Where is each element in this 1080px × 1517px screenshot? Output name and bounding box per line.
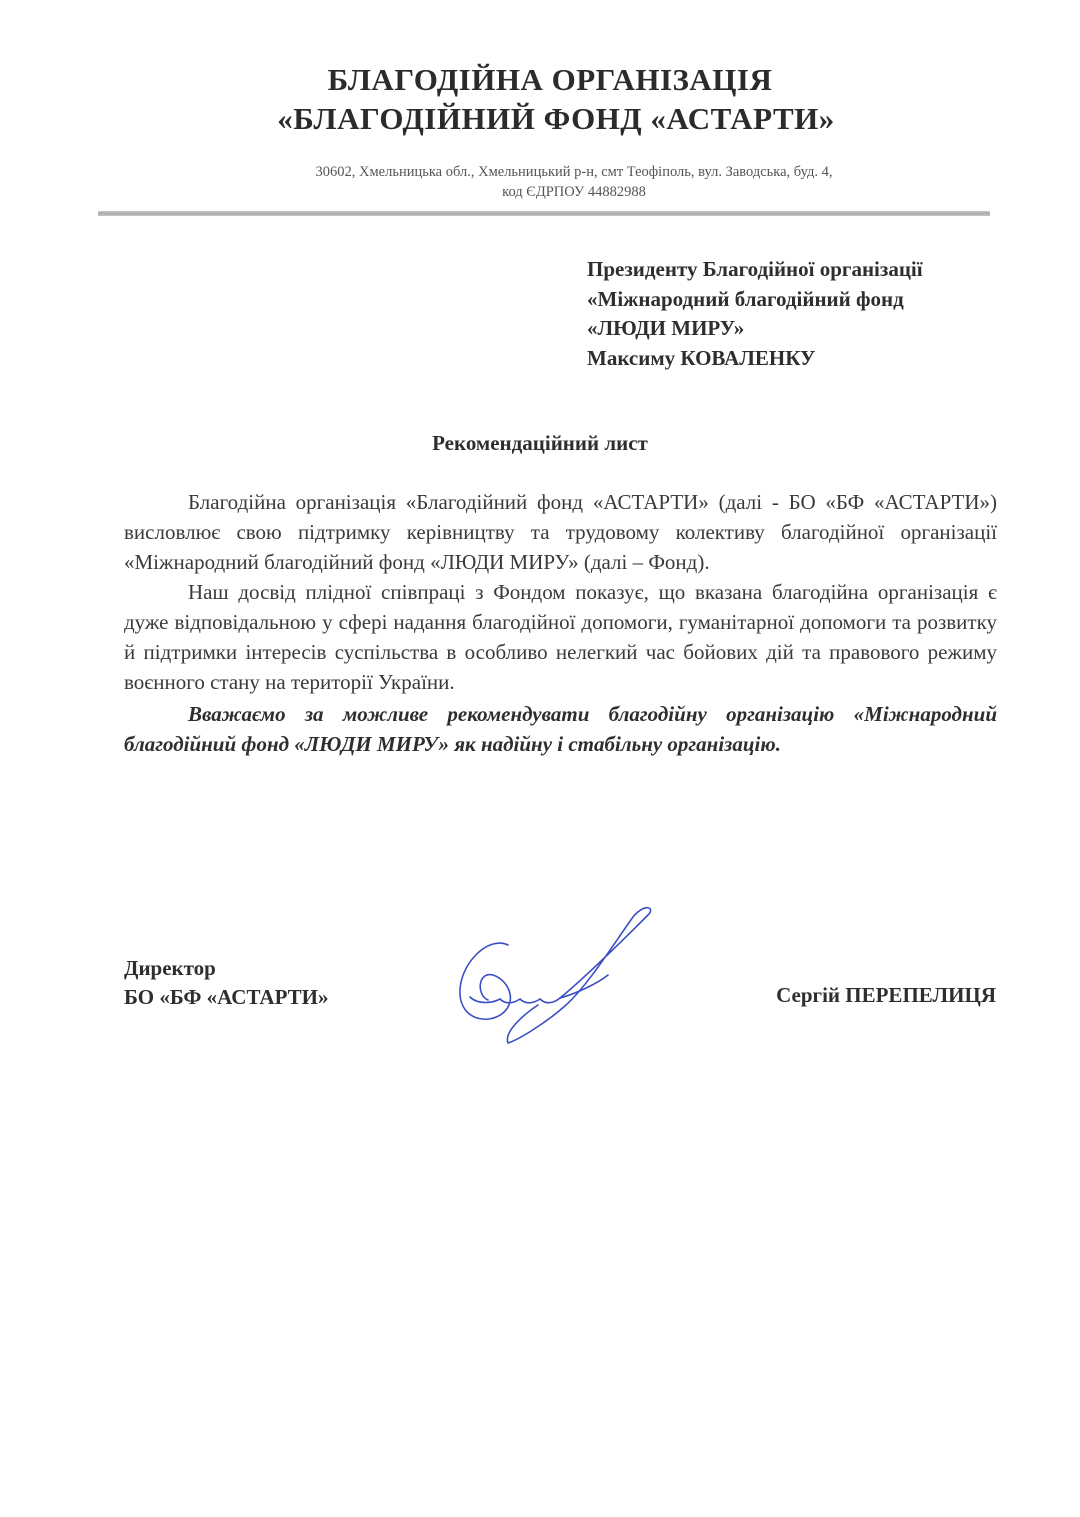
recipient-line: «Міжнародний благодійний фонд xyxy=(587,285,923,315)
letter-page: БЛАГОДІЙНА ОРГАНІЗАЦІЯ «БЛАГОДІЙНИЙ ФОНД… xyxy=(0,0,1080,1517)
letter-title: Рекомендаційний лист xyxy=(0,431,1080,456)
org-registry-code: код ЄДРПОУ 44882988 xyxy=(34,184,1080,201)
signatory-title: Директор БО «БФ «АСТАРТИ» xyxy=(124,954,329,1012)
body-paragraph: Благодійна організація «Благодійний фонд… xyxy=(124,487,997,577)
recipient-block: Президенту Благодійної організації «Міжн… xyxy=(587,255,923,373)
handwritten-signature-icon xyxy=(448,905,668,1050)
org-name-line2: «БЛАГОДІЙНИЙ ФОНД «АСТАРТИ» xyxy=(16,101,1080,137)
org-name-line1: БЛАГОДІЙНА ОРГАНІЗАЦІЯ xyxy=(10,62,1080,98)
signatory-organization: БО «БФ «АСТАРТИ» xyxy=(124,983,329,1012)
letter-body: Благодійна організація «Благодійний фонд… xyxy=(124,487,997,759)
org-address: 30602, Хмельницька обл., Хмельницький р-… xyxy=(34,164,1080,181)
recipient-line: Президенту Благодійної організації xyxy=(587,255,923,285)
body-paragraph: Наш досвід плідної співпраці з Фондом по… xyxy=(124,577,997,697)
header-divider xyxy=(98,211,990,216)
signatory-name: Сергій ПЕРЕПЕЛИЦЯ xyxy=(776,983,996,1008)
recipient-line: Максиму КОВАЛЕНКУ xyxy=(587,344,923,374)
signatory-position: Директор xyxy=(124,954,329,983)
recommendation-statement: Вважаємо за можливе рекомендувати благод… xyxy=(124,699,997,759)
recipient-line: «ЛЮДИ МИРУ» xyxy=(587,314,923,344)
